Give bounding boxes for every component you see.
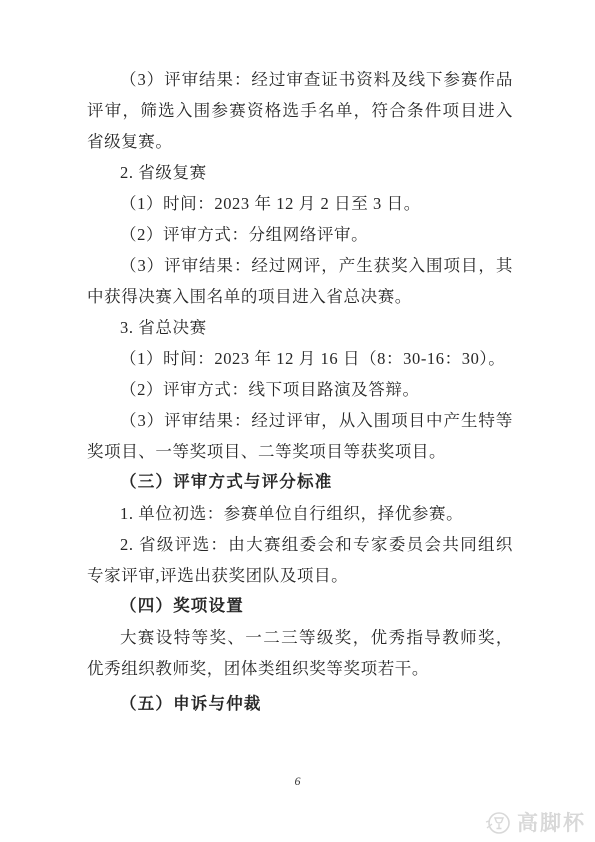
page-number: 6 bbox=[0, 774, 595, 789]
watermark: 高脚杯 bbox=[484, 807, 586, 837]
paragraph: （2）评审方式：线下项目路演及答辩。 bbox=[87, 374, 513, 405]
paragraph: 3. 省总决赛 bbox=[87, 312, 513, 343]
goblet-icon bbox=[484, 808, 512, 836]
paragraph: 大赛设特等奖、一二三等级奖，优秀指导教师奖，优秀组织教师奖，团体类组织奖等奖项若… bbox=[87, 622, 513, 684]
watermark-label: 高脚杯 bbox=[517, 807, 586, 837]
paragraph: （3）评审结果：经过审查证书资料及线下参赛作品评审，筛选入围参赛资格选手名单，符… bbox=[87, 64, 513, 157]
paragraph: （2）评审方式：分组网络评审。 bbox=[87, 219, 513, 250]
paragraph: （1）时间：2023 年 12 月 16 日（8：30-16：30）。 bbox=[87, 343, 513, 374]
section-heading: （四）奖项设置 bbox=[87, 591, 513, 622]
section-heading: （三）评审方式与评分标准 bbox=[87, 467, 513, 498]
document-page: （3）评审结果：经过审查证书资料及线下参赛作品评审，筛选入围参赛资格选手名单，符… bbox=[0, 0, 595, 842]
section-heading: （五）申诉与仲裁 bbox=[87, 689, 513, 720]
document-body: （3）评审结果：经过审查证书资料及线下参赛作品评审，筛选入围参赛资格选手名单，符… bbox=[87, 64, 513, 720]
paragraph: （1）时间：2023 年 12 月 2 日至 3 日。 bbox=[87, 188, 513, 219]
paragraph: 2. 省级评选：由大赛组委会和专家委员会共同组织专家评审,评选出获奖团队及项目。 bbox=[87, 529, 513, 591]
paragraph: （3）评审结果：经过评审，从入围项目中产生特等奖项目、一等奖项目、二等奖项目等获… bbox=[87, 405, 513, 467]
paragraph: 1. 单位初选：参赛单位自行组织，择优参赛。 bbox=[87, 498, 513, 529]
paragraph: 2. 省级复赛 bbox=[87, 157, 513, 188]
paragraph: （3）评审结果：经过网评，产生获奖入围项目，其中获得决赛入围名单的项目进入省总决… bbox=[87, 250, 513, 312]
